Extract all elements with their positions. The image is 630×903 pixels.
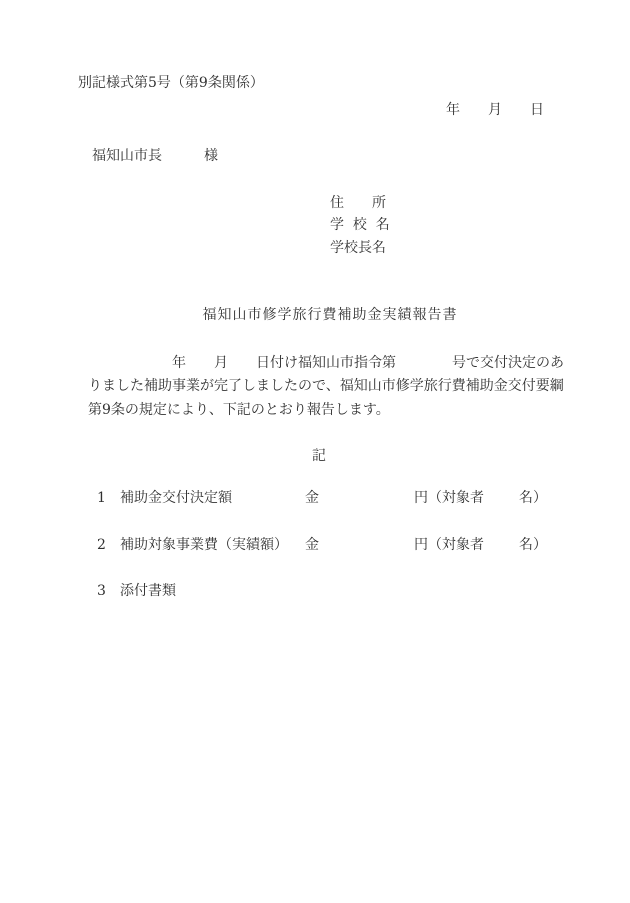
item-number: 2 [97,537,106,553]
item-row-3: 3 添付書類 [0,583,630,603]
record-heading: 記 [0,446,630,466]
sender-principal-name-label: 学校長名 [330,238,386,258]
amount-unit-open: 円（対象者 [414,490,484,506]
item-label: 添付書類 [120,583,176,599]
amount-unit-open: 円（対象者 [414,537,484,553]
recipient-count-close: 名） [519,490,547,506]
form-number: 別記様式第5号（第9条関係） [78,73,264,93]
recipient-count-close: 名） [519,537,547,553]
body-line-3: 第9条の規定により、下記のとおり報告します。 [88,399,588,422]
sender-address-label: 住 所 [330,193,386,213]
item-label: 補助金交付決定額 [120,490,232,506]
body-paragraph: 年 月 日付け福知山市指令第 号で交付決定のあ りました補助事業が完了しましたの… [88,352,588,422]
sender-school-name-label: 学 校 名 [330,215,390,235]
item-row-1: 1 補助金交付決定額 金 円（対象者 名） [0,490,630,510]
item-number: 1 [97,490,106,506]
item-row-2: 2 補助対象事業費（実績額） 金 円（対象者 名） [0,537,630,557]
item-label: 補助対象事業費（実績額） [120,537,288,553]
body-line-1: 年 月 日付け福知山市指令第 号で交付決定のあ [88,352,588,375]
date-line: 年 月 日 [446,100,544,120]
document-page: 別記様式第5号（第9条関係） 年 月 日 福知山市長 様 住 所 学 校 名 学… [0,0,630,903]
amount-prefix: 金 [305,537,319,553]
body-line-2: りました補助事業が完了しましたので、福知山市修学旅行費補助金交付要綱 [88,375,588,398]
amount-prefix: 金 [305,490,319,506]
addressee: 福知山市長 様 [92,146,218,166]
document-title: 福知山市修学旅行費補助金実績報告書 [0,305,630,325]
item-number: 3 [97,583,106,599]
